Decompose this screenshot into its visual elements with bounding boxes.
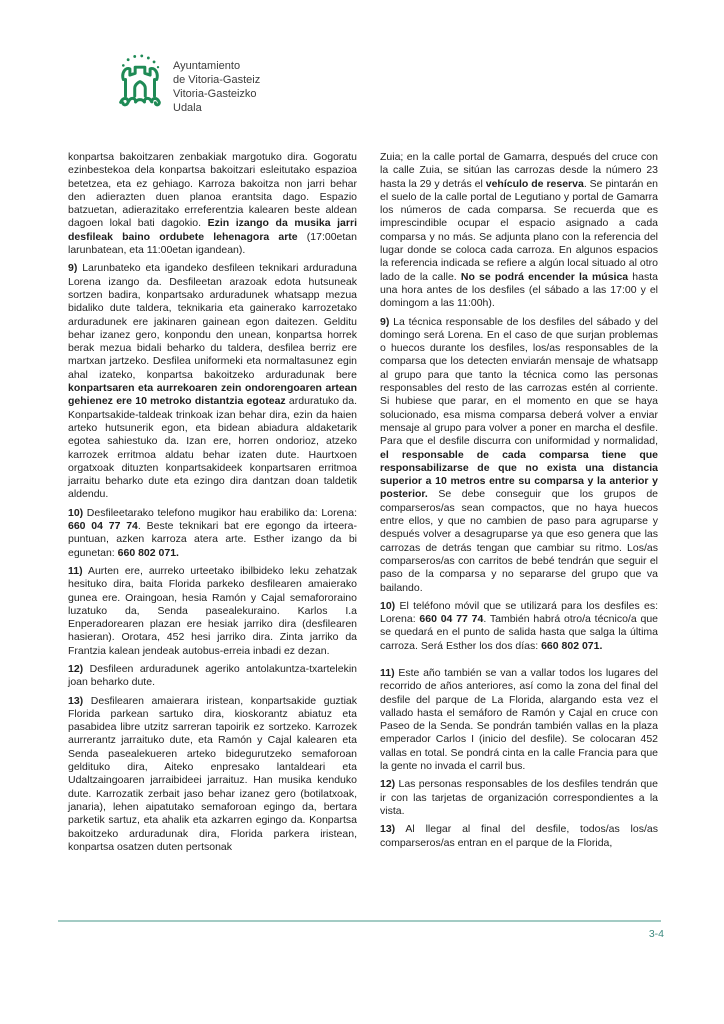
document-body: konpartsa bakoitzaren zenbakiak margotuk… bbox=[68, 151, 658, 859]
bold-text-run: 12) bbox=[68, 663, 83, 675]
text-run: Desfileen arduradunek ageriko antolakunt… bbox=[68, 663, 357, 688]
text-run: arduratuko da. Konpartsakide-taldeak tri… bbox=[68, 395, 357, 500]
paragraph: 12) Desfileen arduradunek ageriko antola… bbox=[68, 663, 357, 690]
bold-text-run: 660 802 071. bbox=[118, 547, 179, 559]
header: Ayuntamiento de Vitoria-Gasteiz Vitoria-… bbox=[117, 54, 260, 115]
org-line-1: Ayuntamiento bbox=[173, 59, 260, 73]
bold-text-run: 10) bbox=[68, 507, 83, 519]
bold-text-run: 11) bbox=[68, 565, 83, 577]
text-run: Larunbateko eta igandeko desfileen tekni… bbox=[68, 262, 357, 380]
column-spanish: Zuia; en la calle portal de Gamarra, des… bbox=[380, 151, 658, 859]
text-run: Este año también se van a vallar todos l… bbox=[380, 667, 658, 772]
document-page: Ayuntamiento de Vitoria-Gasteiz Vitoria-… bbox=[0, 0, 724, 1024]
org-line-2: de Vitoria-Gasteiz bbox=[173, 73, 260, 87]
paragraph: 12) Las personas responsables de los des… bbox=[380, 778, 658, 818]
bold-text-run: 9) bbox=[380, 316, 389, 328]
paragraph: Zuia; en la calle portal de Gamarra, des… bbox=[380, 151, 658, 311]
paragraph: 11) Aurten ere, aurreko urteetako ibilbi… bbox=[68, 565, 357, 658]
footer-divider bbox=[58, 920, 661, 922]
text-run: Aurten ere, aurreko urteetako ibilbideko… bbox=[68, 565, 357, 657]
org-line-4: Udala bbox=[173, 101, 260, 115]
text-run: Se debe conseguir que los grupos de comp… bbox=[380, 488, 658, 593]
bold-text-run: 13) bbox=[68, 695, 83, 707]
paragraph: konpartsa bakoitzaren zenbakiak margotuk… bbox=[68, 151, 357, 257]
bold-text-run: vehículo de reserva bbox=[486, 178, 584, 190]
text-run: Desfilearen amaierara iristean, konparts… bbox=[68, 695, 357, 853]
text-run: Al llegar al final del desfile, todos/as… bbox=[380, 823, 658, 848]
org-line-3: Vitoria-Gasteizko bbox=[173, 87, 260, 101]
paragraph: 9) Larunbateko eta igandeko desfileen te… bbox=[68, 262, 357, 501]
bold-text-run: 13) bbox=[380, 823, 395, 835]
organization-name: Ayuntamiento de Vitoria-Gasteiz Vitoria-… bbox=[173, 54, 260, 115]
bold-text-run: 9) bbox=[68, 262, 77, 274]
city-emblem-logo-icon bbox=[117, 54, 163, 112]
text-run: Las personas responsables de los desfile… bbox=[380, 778, 658, 817]
paragraph: 10) El teléfono móvil que se utilizará p… bbox=[380, 600, 658, 653]
paragraph: 13) Desfilearen amaierara iristean, konp… bbox=[68, 695, 357, 855]
paragraph: 11) Este año también se van a vallar tod… bbox=[380, 667, 658, 773]
column-basque: konpartsa bakoitzaren zenbakiak margotuk… bbox=[68, 151, 357, 859]
bold-text-run: 12) bbox=[380, 778, 395, 790]
paragraph: 9) La técnica responsable de los desfile… bbox=[380, 316, 658, 595]
bold-text-run: 11) bbox=[380, 667, 395, 679]
bold-text-run: No se podrá encender la música bbox=[461, 271, 628, 283]
bold-text-run: 660 04 77 74 bbox=[68, 520, 138, 532]
bold-text-run: 10) bbox=[380, 600, 395, 612]
page-number: 3-4 bbox=[649, 928, 664, 940]
text-run: La técnica responsable de los desfiles d… bbox=[380, 316, 658, 448]
text-run: Desfileetarako telefono mugikor hau erab… bbox=[83, 507, 357, 519]
text-run: . Se pintarán en el suelo de la calle po… bbox=[380, 178, 658, 283]
paragraph: 13) Al llegar al final del desfile, todo… bbox=[380, 823, 658, 850]
bold-text-run: 660 802 071. bbox=[541, 640, 602, 652]
paragraph: 10) Desfileetarako telefono mugikor hau … bbox=[68, 507, 357, 560]
bold-text-run: 660 04 77 74 bbox=[419, 613, 483, 625]
